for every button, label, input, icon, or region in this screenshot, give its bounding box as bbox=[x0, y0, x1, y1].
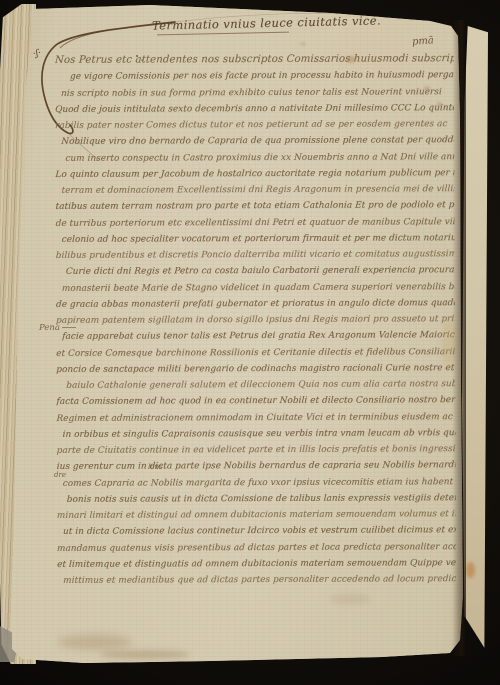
manuscript-page: Terminatio vnius leuce ciuitatis vice. p… bbox=[0, 0, 500, 685]
manuscript-line: mandamus quatenus visis presentibus ad d… bbox=[57, 539, 457, 557]
manuscript-line: cum inserto conspectu in Castro proximiu… bbox=[65, 149, 455, 167]
manuscript-line: et limitemque et distinguatis ad omnem d… bbox=[57, 555, 457, 573]
bottom-smudge bbox=[330, 594, 370, 604]
manuscript-line: Curie dicti dni Regis et Petro ca costa … bbox=[65, 262, 455, 280]
photographed-manuscript-scene: Terminatio vnius leuce ciuitatis vice. p… bbox=[0, 0, 500, 685]
manuscript-line: mittimus et mediantibus que ad dictas pa… bbox=[63, 571, 456, 589]
manuscript-line: tatibus autem terram nostram pro parte e… bbox=[55, 197, 455, 215]
manuscript-line: ge vigore Comissionis per nos eis facte … bbox=[70, 67, 455, 85]
manuscript-line: Regimen et administracionem omnimodam in… bbox=[56, 409, 456, 427]
manuscript-line: nis scripto nobis in sua forma prima exh… bbox=[61, 84, 455, 102]
bottom-smudge bbox=[100, 650, 190, 659]
manuscript-line: comes Capraria ac Nobilis margarita de f… bbox=[62, 474, 456, 492]
manuscript-line: poncio de sanctapace militi berengario d… bbox=[56, 360, 456, 378]
interlinear-note: dre bbox=[54, 471, 66, 479]
manuscript-line: Nobilique viro dno bernardo de Capraria … bbox=[61, 132, 455, 150]
fox-spot bbox=[300, 42, 306, 46]
manuscript-line: de gracia abbas monasterii prefati guber… bbox=[56, 295, 456, 313]
manuscript-line: facta Comissionem ad hoc quod in ea cont… bbox=[56, 392, 456, 410]
bottom-smudge bbox=[58, 634, 132, 650]
manuscript-line: ius gerentur cum in dicta parte ipse Nob… bbox=[56, 457, 456, 475]
manuscript-line: in orbibus et singulis Capraisonis causi… bbox=[62, 425, 456, 443]
margin-note: Pena bbox=[39, 323, 76, 333]
manuscript-line: baiulo Cathalonie generali salutem et di… bbox=[66, 376, 456, 394]
page-heading: Terminatio vnius leuce ciuitatis vice. bbox=[152, 13, 381, 32]
interlinear-note: lons bbox=[148, 463, 163, 471]
heading-underline bbox=[157, 32, 289, 36]
manuscript-line: facie apparebat cuius tenor talis est Pe… bbox=[62, 327, 456, 345]
manuscript-line: celonio ad hoc specialiter vocatorum et … bbox=[61, 230, 455, 248]
page-edge-shadow bbox=[452, 20, 466, 656]
manuscript-line: ut in dicta Comissione lacius continetur… bbox=[63, 522, 457, 540]
manuscript-line: et Corsice Comesque barchinone Rossilion… bbox=[56, 344, 456, 362]
manuscript-line: de turribus porteriorum etc excellentiss… bbox=[55, 214, 455, 232]
paraph-mark: ·ʃ· bbox=[32, 48, 42, 59]
manuscript-line: monasterii beate Marie de Stagno videlic… bbox=[61, 279, 455, 297]
manuscript-line: Quod die jouis intitulata sexto decembri… bbox=[55, 100, 455, 118]
manuscript-line: bonis notis suis causis ut in dicta Comi… bbox=[66, 490, 456, 508]
quire-mark: pmā bbox=[412, 35, 435, 47]
manuscript-line: Lo quinto clausum per Jacobum de hostalr… bbox=[55, 165, 455, 183]
body-text-block: Nos Petrus etc attendentes nos subscript… bbox=[55, 51, 456, 593]
